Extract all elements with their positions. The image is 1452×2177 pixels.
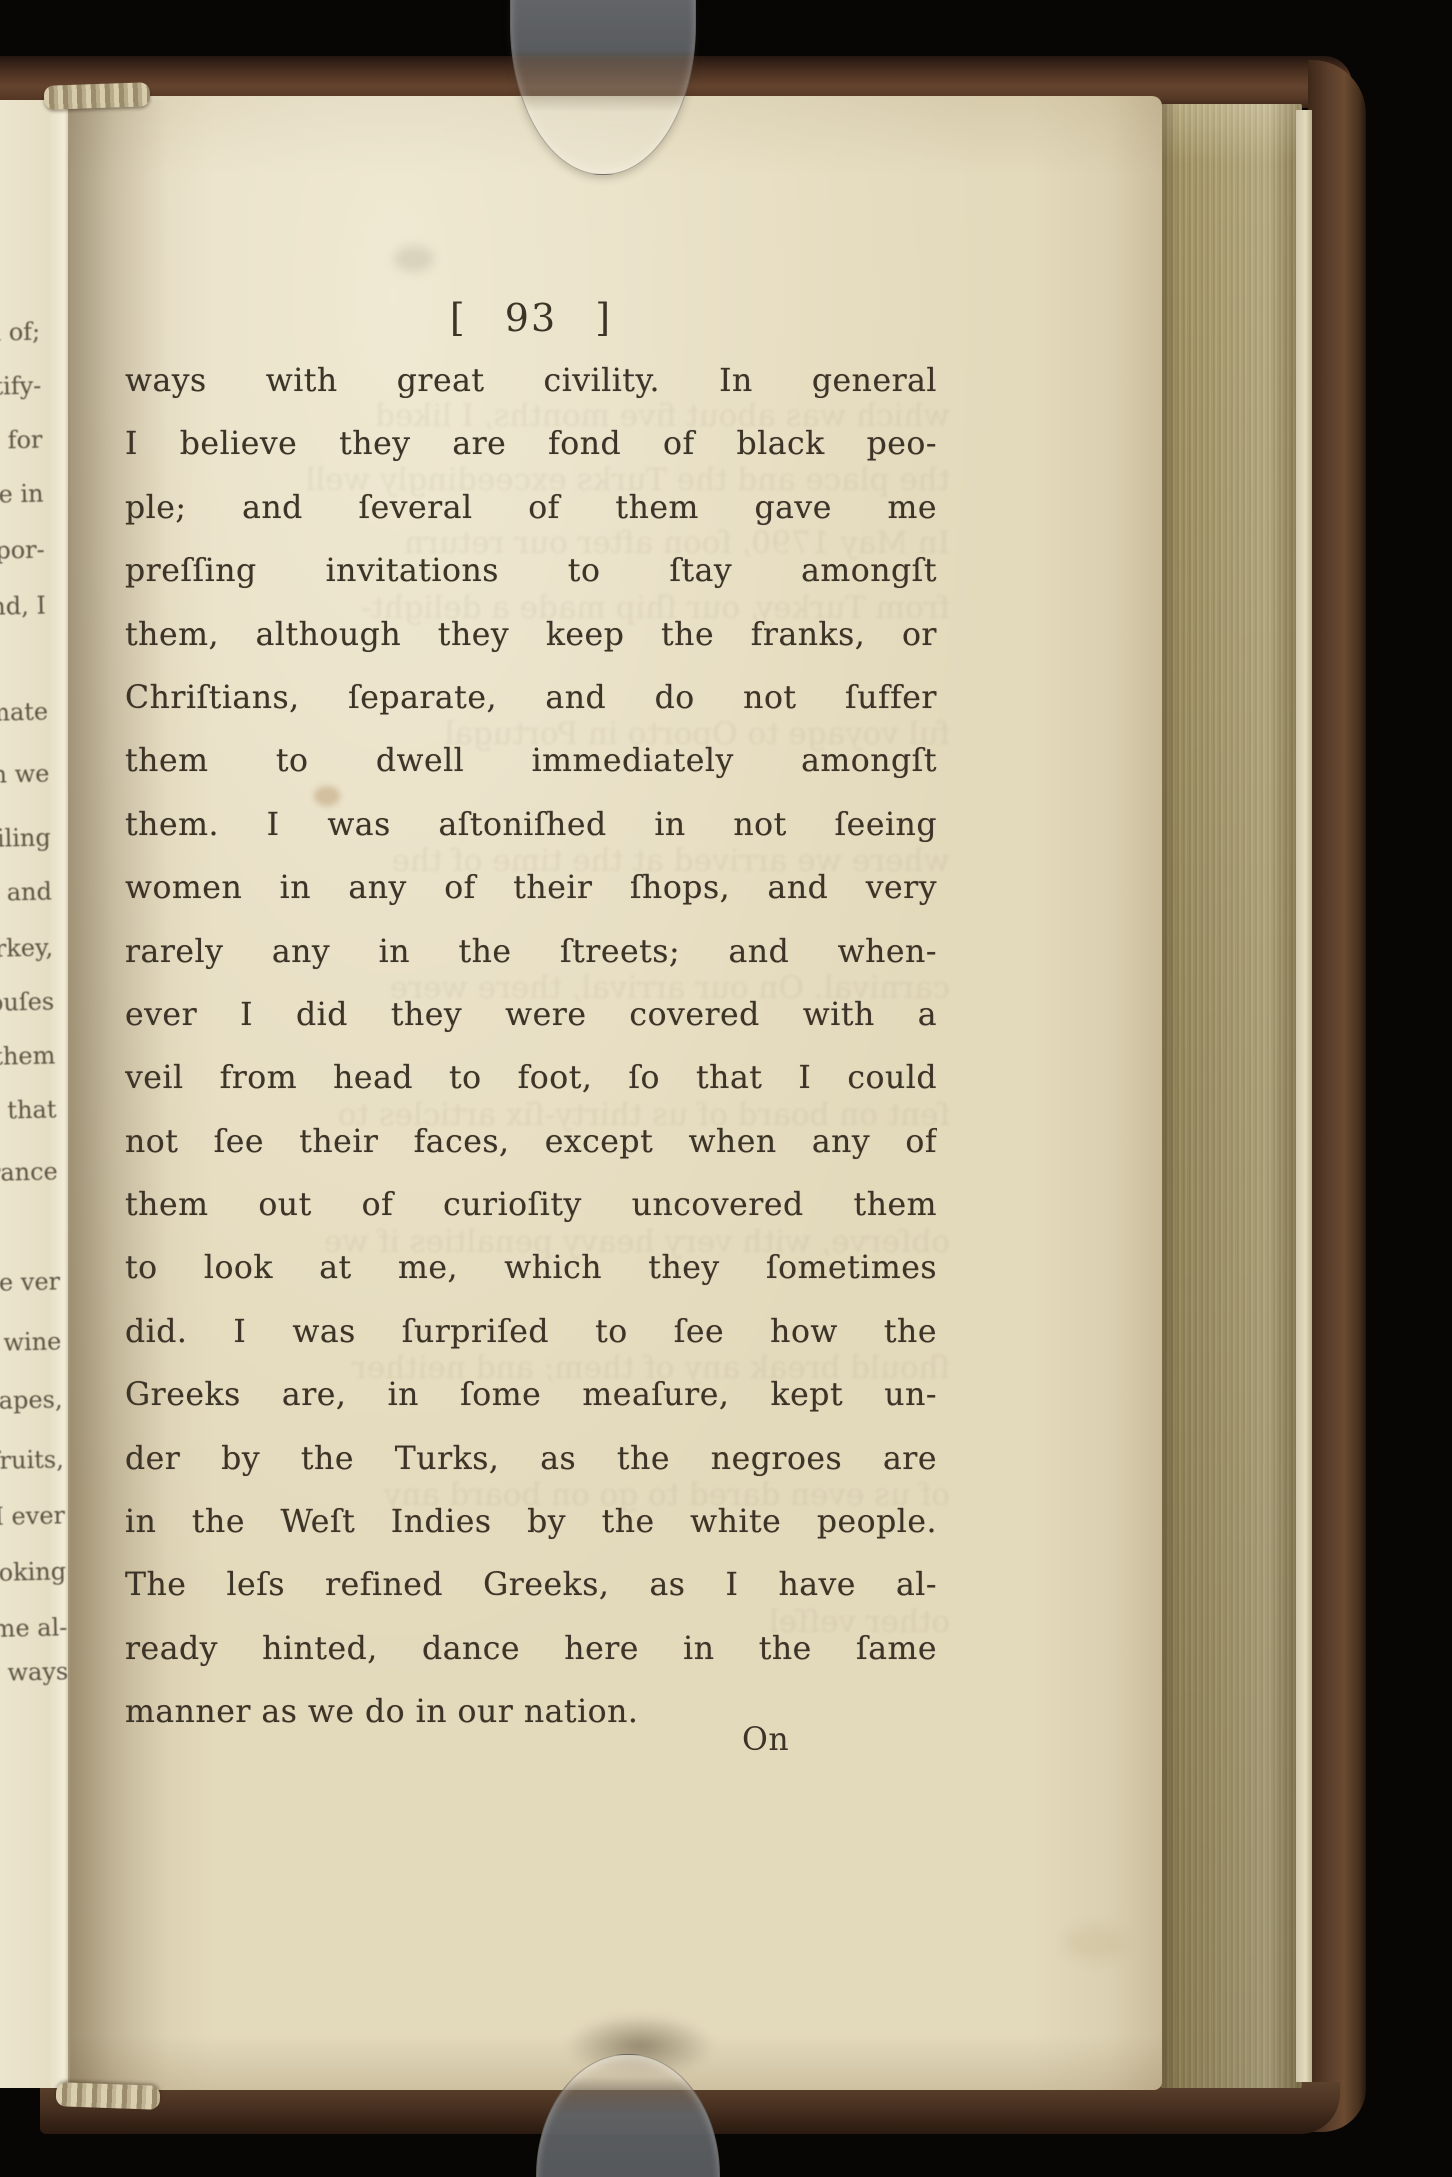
catchword: On <box>742 1722 789 1758</box>
text-line: The leſs refined Greeks, as I have al- <box>125 1564 937 1627</box>
fragment-line: good wine <box>0 1327 62 1358</box>
leather-cover-right-board <box>1308 60 1366 2132</box>
fragment-line: e oppor- <box>0 536 45 566</box>
fragment-line: ond of; <box>0 318 40 348</box>
text-line: der by the Turks, as the negroes are <box>125 1438 937 1501</box>
text-line: ever I did they were covered with a <box>125 994 937 1057</box>
text-line: women in any of their ſhops, and very <box>125 867 937 930</box>
fragment-line: gratify- <box>0 372 42 402</box>
tailband-thread <box>56 2082 161 2110</box>
fragment-line: n Turkey, <box>0 933 53 963</box>
fragment-line: The grapes, <box>0 1385 63 1416</box>
fragment-line: When we <box>0 760 50 790</box>
fragment-line: the mate <box>0 698 48 728</box>
fragment-line: rgeſt I ever <box>0 1501 65 1532</box>
fragment-line: ſt of them <box>0 1041 56 1071</box>
text-line: ways with great civility. In general <box>125 360 937 423</box>
page-stain <box>1064 1926 1124 1960</box>
text-line: them out of curioſity uncovered them <box>125 1184 937 1247</box>
text-line: in the Weſt Indies by the white people. <box>125 1501 937 1564</box>
text-line: preſſing invitations to ſtay amongſt <box>125 550 937 613</box>
fragment-line: ſity; for <box>0 426 43 456</box>
text-line: to look at me, which they ſometimes <box>125 1247 937 1310</box>
page-number-header: [ 93 ] <box>125 296 937 340</box>
text-line: did. I was ſurpriſed to ſee how the <box>125 1311 937 1374</box>
text-line: I believe they are fond of black peo- <box>125 423 937 486</box>
text-line: manner as we do in our nation. <box>125 1691 937 1754</box>
fragment-line: ed me al- <box>0 1613 68 1643</box>
text-line: rarely any in the ſtreets; and when- <box>125 931 937 994</box>
fragment-line: m; ſo that <box>0 1095 57 1125</box>
fragment-line: ther fruits, <box>0 1445 64 1476</box>
fragment-line: ound, I <box>0 592 46 622</box>
flyleaf-paper-edge <box>1296 110 1312 2082</box>
fragment-line: appearance <box>0 1157 58 1188</box>
text-line: Chriſtians, ſeparate, and do not ſuffer <box>125 677 937 740</box>
fragment-line: ful ſailing <box>0 824 51 854</box>
fragment-line: ands, and <box>0 878 52 908</box>
text-line: them. I was aſtoniſhed in not ſeeing <box>125 804 937 867</box>
fragment-line: ſhore in <box>0 480 44 510</box>
text-line: Greeks are, in ſome meaſure, kept un- <box>125 1374 937 1437</box>
page-stain <box>394 246 434 272</box>
fragment-line: ns are ver <box>0 1267 60 1298</box>
text-line: ple; and ſeveral of them gave me <box>125 487 937 550</box>
text-line: ready hinted, dance here in the ſame <box>125 1628 937 1691</box>
main-text-block: ways with great civility. In general I b… <box>125 360 937 1755</box>
text-line: them to dwell immediately amongſt <box>125 740 937 803</box>
text-line: not ſee their faces, except when any of <box>125 1121 937 1184</box>
fragment-line: ways <box>7 1657 68 1686</box>
text-line: veil from head to foot, ſo that I could <box>125 1057 937 1120</box>
fore-edge-shading <box>1158 104 1302 2088</box>
fragment-line: ell looking <box>0 1557 66 1588</box>
fragment-line: the houſes <box>0 987 54 1018</box>
headband-thread <box>44 82 151 110</box>
book-photograph: which was about five months, I liked the… <box>0 0 1452 2177</box>
text-line: them, although they keep the franks, or <box>125 614 937 677</box>
page-block-fore-edge <box>1158 104 1302 2088</box>
